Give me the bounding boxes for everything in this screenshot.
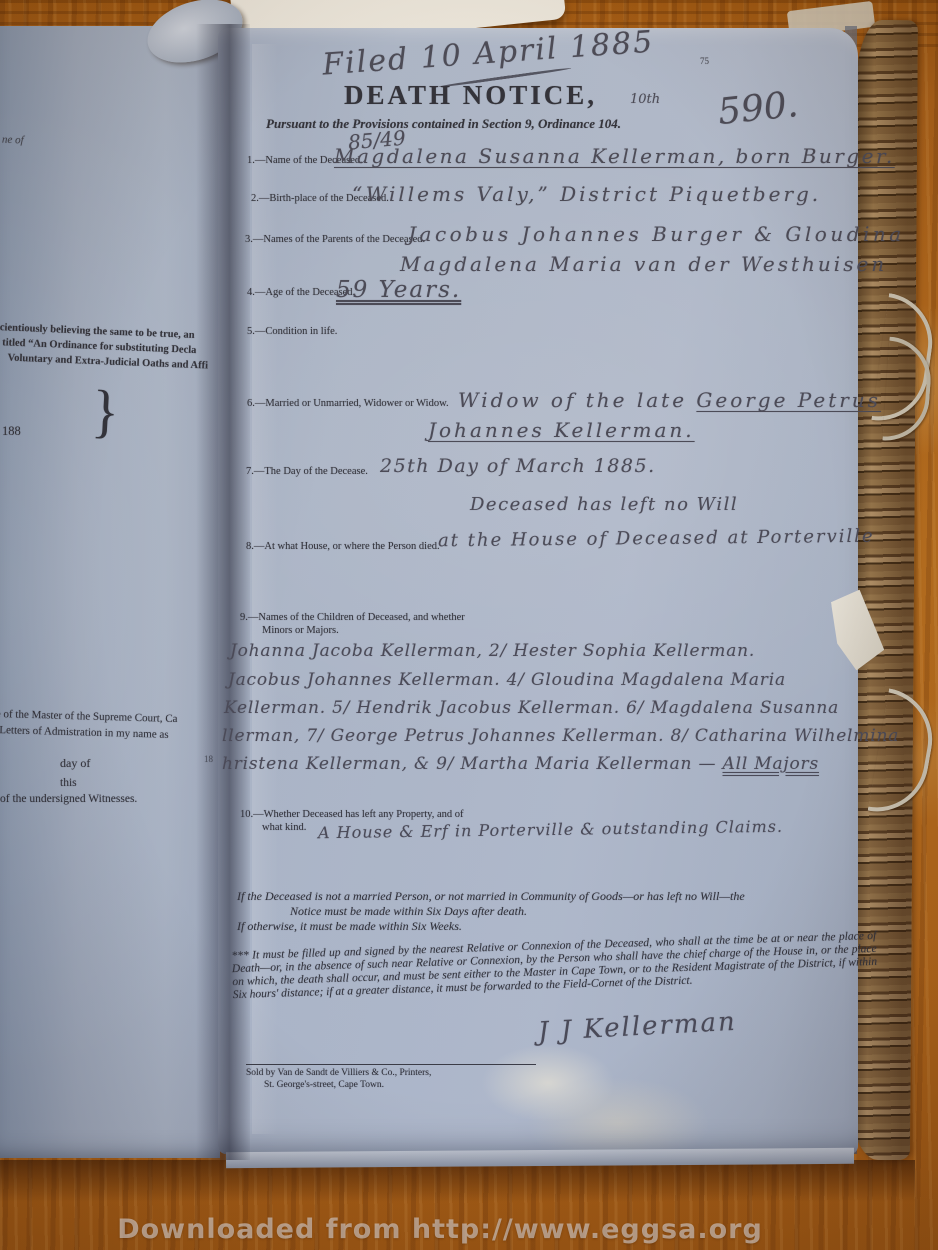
pursuant-line: Pursuant to the Provisions contained in … — [266, 116, 621, 132]
form-value-age: 59 Years. — [336, 277, 461, 303]
form-value-marital-1: Widow of the late George Petrus — [458, 388, 881, 412]
form-label-8: 8.—At what House, or where the Person di… — [246, 541, 440, 552]
children-all-majors: All Majors — [723, 754, 819, 774]
form-label-9: 9.—Names of the Children of Deceased, an… — [240, 612, 465, 623]
left-page — [0, 26, 220, 1158]
printer-rule — [246, 1064, 536, 1065]
form-label-3: 3.—Names of the Parents of the Deceased. — [245, 234, 425, 245]
form-value-marital-2: Johannes Kellerman. — [428, 418, 695, 442]
printer-line-1: Sold by Van de Sandt de Villiers & Co., … — [246, 1068, 431, 1078]
watermark-text: Downloaded from http://www.eggsa.org — [110, 1214, 770, 1245]
footnote-1a: If the Deceased is not a married Person,… — [237, 889, 745, 904]
day-of-label: day of — [60, 756, 90, 771]
form-label-10b: what kind. — [262, 822, 306, 833]
page-title: DEATH NOTICE, — [344, 80, 597, 111]
footnote-1b: Notice must be made within Six Days afte… — [290, 904, 527, 919]
form-value-name: Magdalena Susanna Kellerman, born Burger… — [334, 144, 895, 168]
children-line-5-text: hristena Kellerman, & 9/ Martha Maria Ke… — [222, 754, 716, 774]
form-label-7: 7.—The Day of the Decease. — [246, 466, 368, 477]
form-value-death-date: 25th Day of March 1885. — [380, 455, 656, 477]
folio-small-number: 75 — [700, 56, 709, 66]
left-page-fragment: ne of — [2, 134, 24, 147]
printer-line-2: St. George's-street, Cape Town. — [264, 1080, 384, 1090]
year-188-fragment: 188 — [2, 424, 21, 439]
title-annotation: 10th — [630, 92, 660, 107]
year-18-fragment: 18 — [204, 754, 213, 764]
children-line-4: llerman, 7/ George Petrus Johannes Kelle… — [222, 726, 899, 746]
marital-plain: Widow of the late — [458, 388, 687, 412]
form-label-5: 5.—Condition in life. — [247, 326, 337, 337]
children-line-2: Jacobus Johannes Kellerman. 4/ Gloudina … — [228, 670, 786, 690]
children-line-5: hristena Kellerman, & 9/ Martha Maria Ke… — [222, 754, 819, 774]
children-line-1: Johanna Jacoba Kellerman, 2/ Hester Soph… — [230, 641, 755, 661]
this-label: this — [60, 777, 77, 789]
folio-number: 590. — [716, 84, 800, 133]
marital-underlined: George Petrus — [696, 388, 881, 412]
form-value-parents-1: Jacobus Johannes Burger & Gloudina — [408, 222, 905, 246]
printed-brace: } — [90, 378, 120, 447]
form-label-6: 6.—Married or Unmarried, Widower or Wido… — [247, 398, 449, 409]
form-value-birthplace: “Willems Valy,” District Piquetberg. — [352, 182, 821, 206]
form-note-no-will: Deceased has left no Will — [470, 494, 738, 515]
ragged-page-edges — [848, 20, 918, 1160]
form-value-parents-2: Magdalena Maria van der Westhuisen — [400, 252, 887, 276]
children-line-3: Kellerman. 5/ Hendrik Jacobus Kellerman.… — [224, 698, 839, 718]
footnote-2: If otherwise, it must be made within Six… — [237, 919, 462, 934]
witnesses-line: of the undersigned Witnesses. — [0, 793, 137, 805]
form-label-10: 10.—Whether Deceased has left any Proper… — [240, 809, 464, 820]
form-label-9b: Minors or Majors. — [262, 625, 339, 636]
photographed-death-notice: ne of scientiously believing the same to… — [0, 0, 938, 1250]
